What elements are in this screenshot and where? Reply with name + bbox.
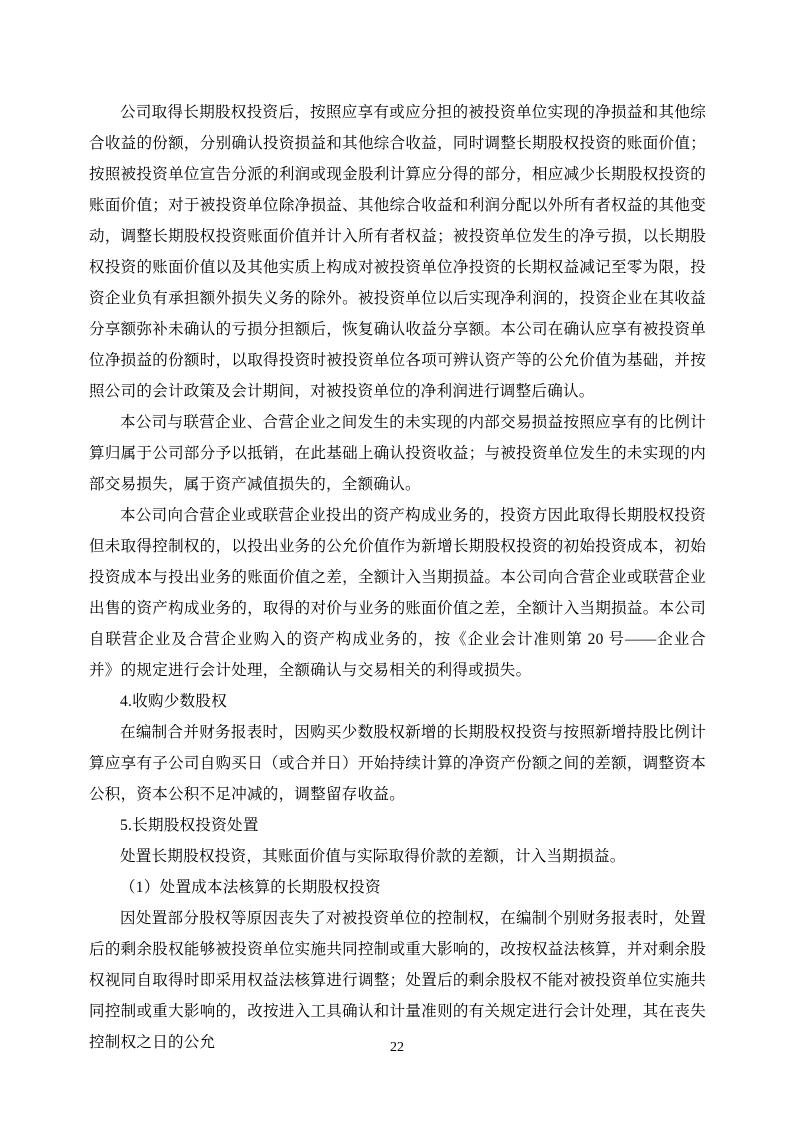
document-body: 公司取得长期股权投资后，按照应享有或应分担的被投资单位实现的净损益和其他综合收益… <box>89 97 706 1058</box>
section-heading-disposal-of-investment: 5.长期股权投资处置 <box>89 810 706 841</box>
paragraph-disposal-difference: 处置长期股权投资，其账面价值与实际取得价款的差额，计入当期损益。 <box>89 841 706 872</box>
document-page: 公司取得长期股权投资后，按照应享有或应分担的被投资单位实现的净损益和其他综合收益… <box>0 0 794 1122</box>
paragraph-asset-contribution-to-ventures: 本公司向合营企业或联营企业投出的资产构成业务的，投资方因此取得长期股权投资但未取… <box>89 500 706 686</box>
page-number: 22 <box>0 1038 794 1058</box>
paragraph-unrealized-internal-transactions: 本公司与联营企业、合营企业之间发生的未实现的内部交易损益按照应享有的比例计算归属… <box>89 407 706 500</box>
section-heading-acquire-minority-interest: 4.收购少数股权 <box>89 686 706 717</box>
paragraph-loss-of-control-treatment: 因处置部分股权等原因丧失了对被投资单位的控制权，在编制个别财务报表时，处置后的剩… <box>89 903 706 1058</box>
section-heading-disposal-cost-method: （1）处置成本法核算的长期股权投资 <box>89 872 706 903</box>
paragraph-minority-interest-treatment: 在编制合并财务报表时，因购买少数股权新增的长期股权投资与按照新增持股比例计算应享… <box>89 717 706 810</box>
paragraph-equity-method-adjustments: 公司取得长期股权投资后，按照应享有或应分担的被投资单位实现的净损益和其他综合收益… <box>89 97 706 407</box>
